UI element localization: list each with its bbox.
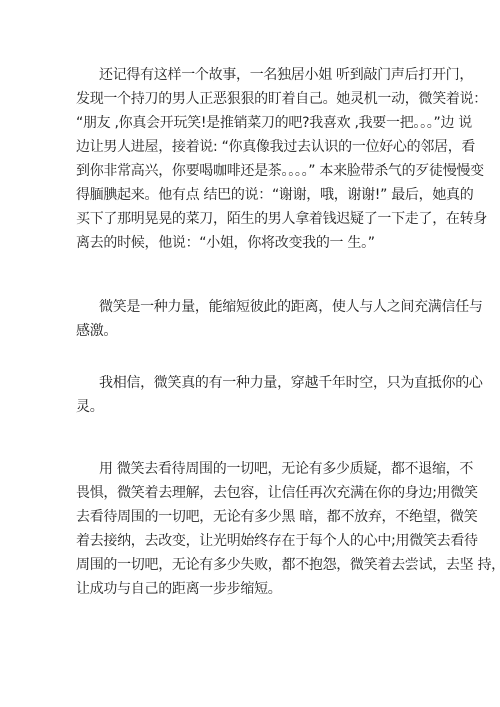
text-line: 微笑是一种力量，能缩短彼此的距离，使人与人之间充满信任与: [99, 298, 483, 316]
document-page: 还记得有这样一个故事，一名独居小姐 听到敲门声后打开门， 发现一个持刀的男人正恶…: [0, 0, 500, 707]
text-line: 边让男人进屋，接着说: “你真像我过去认识的一位好心的邻居，看: [76, 138, 475, 156]
text-line: 周围的一切吧，无论有多少失败，都不抱怨，微笑着去尝试，去坚 持，: [76, 556, 500, 574]
text-line: 去看待周围的一切吧，无论有多少黑 暗，都不放弃，不绝望，微笑: [76, 508, 477, 526]
text-line: 还记得有这样一个故事，一名独居小姐 听到敲门声后打开门，: [99, 66, 473, 84]
text-line: 我相信，微笑真的有一种力量，穿越千年时空，只为直抵你的心: [99, 374, 483, 392]
text-line: 让成功与自己的距离一步步缩短。: [76, 580, 282, 598]
text-line: 感激。: [76, 322, 117, 340]
text-line: 得腼腆起来。他有点 结巴的说：“谢谢，哦，谢谢!” 最后，她真的: [76, 186, 473, 204]
text-line: 发现一个持刀的男人正恶狠狠的盯着自己。她灵机一动，微笑着说：: [76, 90, 487, 108]
text-line: 畏惧，微笑着去理解，去包容，让信任再次充满在你的身边;用微笑: [76, 484, 478, 502]
text-line: “朋友 ,你真会开玩笑!是推销菜刀的吧?我喜欢 ,我要一把。。。”边 说: [76, 114, 472, 132]
text-line: 着去接纳，去改变，让光明始终存在于每个人的心中;用微笑去看待: [76, 532, 478, 550]
text-line: 用 微笑去看待周围的一切吧，无论有多少质疑，都不退缩，不: [99, 460, 473, 478]
text-line: 到你非常高兴，你要喝咖啡还是茶。。。。” 本来脸带杀气的歹徒慢慢变: [76, 162, 484, 180]
text-line: 买下了那明晃晃的菜刀，陌生的男人拿着钱迟疑了一下走了，在转身: [76, 210, 487, 228]
text-line: 离去的时候，他说：“小姐，你将改变我的一 生。”: [76, 234, 375, 252]
text-line: 灵。: [76, 398, 103, 416]
